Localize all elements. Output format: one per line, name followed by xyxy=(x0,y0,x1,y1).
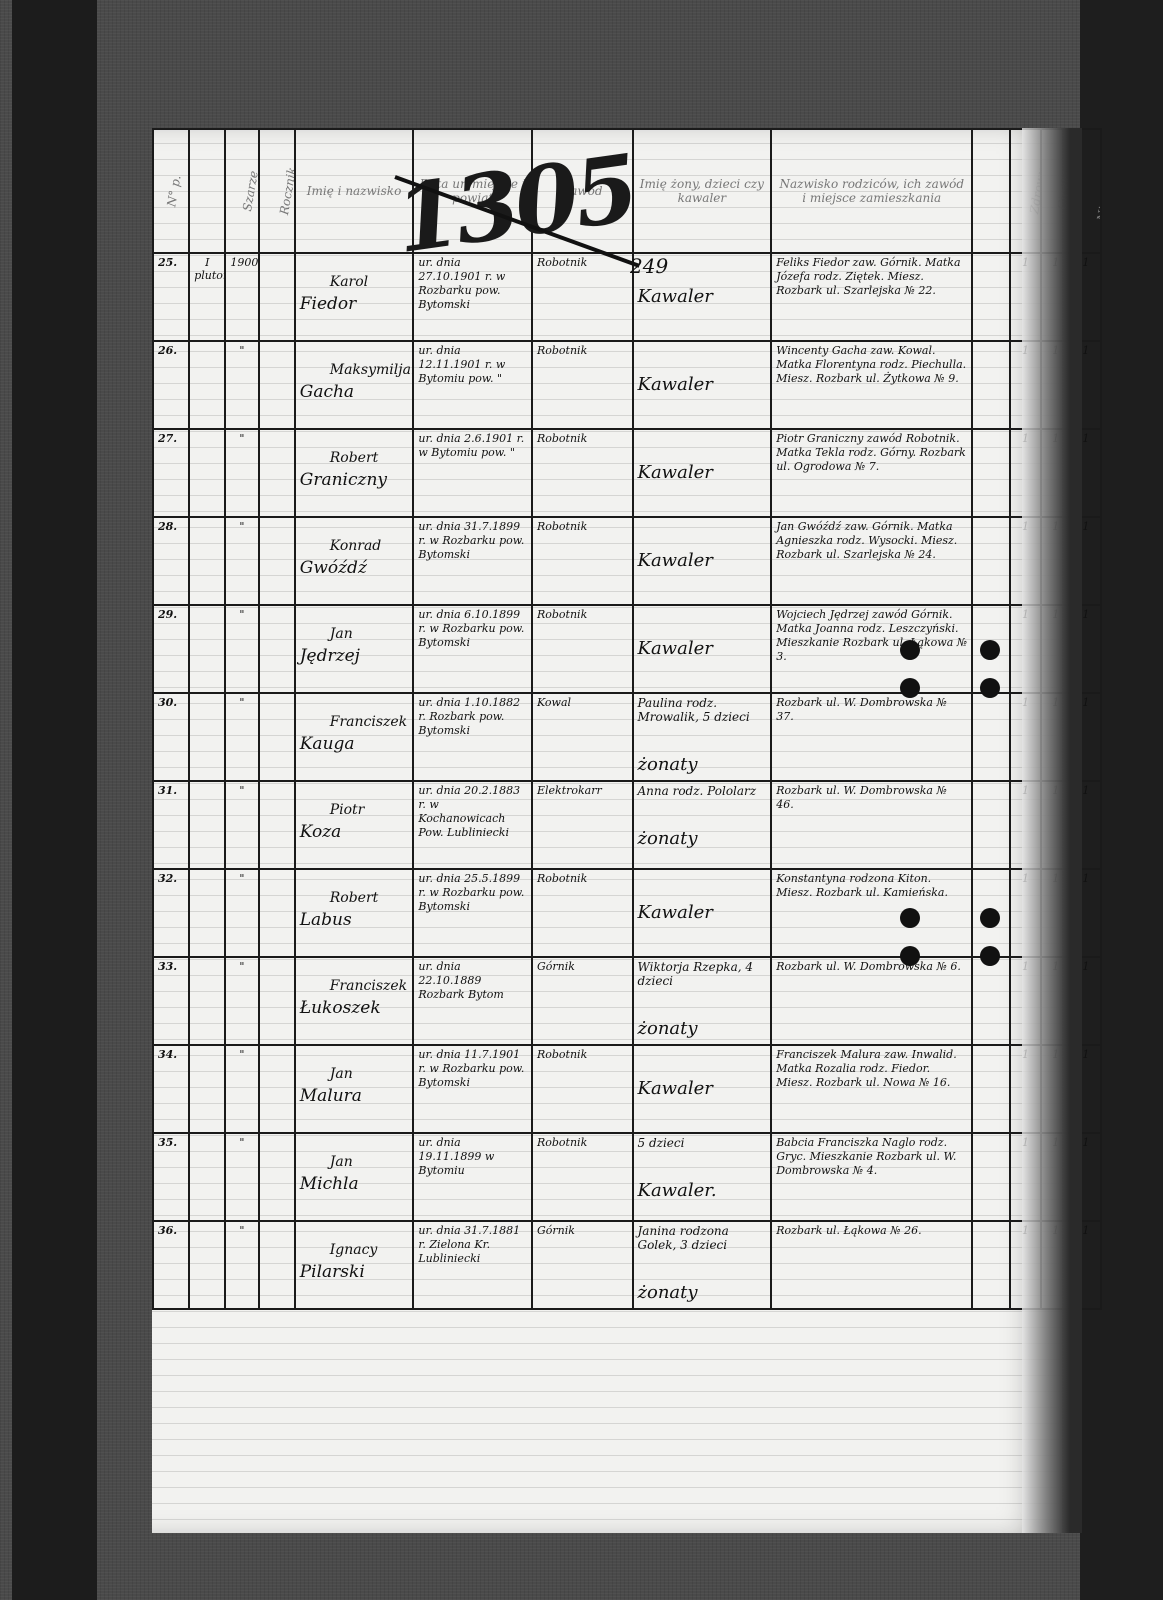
register-row: 35. " Jan Michla ur. dnia 19.11.1899 w B… xyxy=(153,1133,1101,1221)
register-row: 25. I pluton 1900 Karol Fiedor ur. dnia … xyxy=(153,253,1101,341)
birth-cell: ur. dnia 20.2.1883 r. w Kochanowicach Po… xyxy=(413,781,532,869)
unit-cell xyxy=(189,1221,225,1309)
tally-mark: 1 xyxy=(1041,693,1071,781)
register-row: 32. " Robert Labus ur. dnia 25.5.1899 r.… xyxy=(153,869,1101,957)
year-cell: " xyxy=(225,781,258,869)
blank-cell xyxy=(259,1221,295,1309)
given-name: Jan xyxy=(300,1154,409,1170)
entry-number: 25. xyxy=(153,253,189,341)
tally-mark: 1 xyxy=(1071,1221,1101,1309)
birth-cell: ur. dnia 31.7.1899 r. w Rozbarku pow. By… xyxy=(413,517,532,605)
register-row: 31. " Piotr Koza ur. dnia 20.2.1883 r. w… xyxy=(153,781,1101,869)
unit-cell xyxy=(189,517,225,605)
marital-status: Kawaler. xyxy=(638,1180,767,1201)
tally-mark: 1 xyxy=(1041,1133,1071,1221)
parents-residence-cell: Piotr Graniczny zawód Robotnik. Matka Te… xyxy=(771,429,972,517)
tally-mark: 1 xyxy=(1010,341,1040,429)
year-cell: " xyxy=(225,341,258,429)
register-row: 29. " Jan Jędrzej ur. dnia 6.10.1899 r. … xyxy=(153,605,1101,693)
parents-residence-cell: Babcia Franciszka Naglo rodz. Gryc. Mies… xyxy=(771,1133,972,1221)
tally-mark: 1 xyxy=(1041,957,1071,1045)
punch-hole xyxy=(980,678,1000,698)
header-parents: Nazwisko rodziców, ich zawód i miejsce z… xyxy=(771,129,972,253)
name-cell: Franciszek Łukoszek xyxy=(295,957,414,1045)
tally-mark: 1 xyxy=(1071,1133,1101,1221)
name-cell: Franciszek Kauga xyxy=(295,693,414,781)
blank-cell xyxy=(259,1133,295,1221)
blank-cell xyxy=(972,1133,1010,1221)
punch-hole xyxy=(980,640,1000,660)
header-col-b: Szarze xyxy=(225,129,258,253)
entry-number: 26. xyxy=(153,341,189,429)
register-row: 27. " Robert Graniczny ur. dnia 2.6.1901… xyxy=(153,429,1101,517)
tally-mark: 1 xyxy=(1010,1133,1040,1221)
name-cell: Konrad Gwóźdź xyxy=(295,517,414,605)
entry-number: 27. xyxy=(153,429,189,517)
blank-cell xyxy=(259,253,295,341)
blank-cell xyxy=(972,957,1010,1045)
marital-status: Kawaler xyxy=(638,462,767,483)
name-cell: Karol Fiedor xyxy=(295,253,414,341)
surname: Malura xyxy=(300,1086,409,1106)
occupation-cell: Robotnik xyxy=(532,869,633,957)
entry-number: 33. xyxy=(153,957,189,1045)
header-col-a: Przynależność xyxy=(189,129,225,253)
sheet-number: 249 xyxy=(630,254,668,278)
entry-number: 36. xyxy=(153,1221,189,1309)
unit-cell xyxy=(189,957,225,1045)
tally-mark: 1 xyxy=(1010,693,1040,781)
blank-cell xyxy=(972,517,1010,605)
register-page: N° p. Przynależność Szarze Rocznik Imię … xyxy=(152,128,1062,1533)
spouse-children: Paulina rodz. Mrowalik, 5 dzieci xyxy=(638,696,767,724)
birth-cell: ur. dnia 11.7.1901 r. w Rozbarku pow. By… xyxy=(413,1045,532,1133)
given-name: Konrad xyxy=(300,538,409,554)
tally-mark: 1 xyxy=(1041,1221,1071,1309)
birth-cell: ur. dnia 1.10.1882 r. Rozbark pow. Bytom… xyxy=(413,693,532,781)
surname: Michla xyxy=(300,1174,409,1194)
entry-number: 34. xyxy=(153,1045,189,1133)
parents-residence-cell: Wincenty Gacha zaw. Kowal. Matka Florent… xyxy=(771,341,972,429)
marital-status: żonaty xyxy=(638,754,767,775)
register-row: 36. " Ignacy Pilarski ur. dnia 31.7.1881… xyxy=(153,1221,1101,1309)
surname: Pilarski xyxy=(300,1262,409,1282)
name-cell: Robert Graniczny xyxy=(295,429,414,517)
tally-mark: 1 xyxy=(1041,253,1071,341)
register-rows: 25. I pluton 1900 Karol Fiedor ur. dnia … xyxy=(153,253,1101,1309)
tally-mark: 1 xyxy=(1010,605,1040,693)
status-cell: Janina rodzona Golek, 3 dzieci żonaty xyxy=(633,1221,772,1309)
tally-mark: 1 xyxy=(1010,1221,1040,1309)
tally-mark: 1 xyxy=(1071,693,1101,781)
year-cell: " xyxy=(225,429,258,517)
entry-number: 30. xyxy=(153,693,189,781)
blank-cell xyxy=(972,253,1010,341)
occupation-cell: Robotnik xyxy=(532,1045,633,1133)
marital-status: żonaty xyxy=(638,1282,767,1303)
name-cell: Jan Malura xyxy=(295,1045,414,1133)
year-cell: " xyxy=(225,605,258,693)
blank-cell xyxy=(259,429,295,517)
status-cell: 5 dzieci Kawaler. xyxy=(633,1133,772,1221)
birth-cell: ur. dnia 12.11.1901 r. w Bytomiu pow. " xyxy=(413,341,532,429)
spouse-children: Anna rodz. Pololarz xyxy=(638,784,767,798)
header-status: Imię żony, dzieci czy kawaler xyxy=(633,129,772,253)
tally-mark: 1 xyxy=(1041,341,1071,429)
entry-number: 31. xyxy=(153,781,189,869)
status-cell: Wiktorja Rzepka, 4 dzieci żonaty xyxy=(633,957,772,1045)
unit-cell xyxy=(189,781,225,869)
surname: Kauga xyxy=(300,734,409,754)
unit-cell xyxy=(189,869,225,957)
surname: Gacha xyxy=(300,382,409,402)
birth-cell: ur. dnia 22.10.1889 Rozbark Bytom xyxy=(413,957,532,1045)
header-nr: N° p. xyxy=(153,129,189,253)
surname: Labus xyxy=(300,910,409,930)
tally-mark: 1 xyxy=(1010,253,1040,341)
blank-cell xyxy=(972,1045,1010,1133)
tally-mark: 1 xyxy=(1071,341,1101,429)
header-t3: Niezdolny xyxy=(1071,129,1101,253)
parents-residence-cell: Rozbark ul. W. Dombrowska № 37. xyxy=(771,693,972,781)
header-t1: Zdrowy xyxy=(1010,129,1040,253)
header-t2: Ciężki xyxy=(1041,129,1071,253)
blank-cell xyxy=(259,341,295,429)
tally-mark: 1 xyxy=(1010,429,1040,517)
occupation-cell: Robotnik xyxy=(532,253,633,341)
year-cell: " xyxy=(225,1133,258,1221)
register-table: N° p. Przynależność Szarze Rocznik Imię … xyxy=(152,128,1102,1310)
register-row: 28. " Konrad Gwóźdź ur. dnia 31.7.1899 r… xyxy=(153,517,1101,605)
tally-mark: 1 xyxy=(1071,429,1101,517)
tally-mark: 1 xyxy=(1010,517,1040,605)
year-cell: " xyxy=(225,1045,258,1133)
tally-mark: 1 xyxy=(1041,429,1071,517)
tally-mark: 1 xyxy=(1071,517,1101,605)
marital-status: żonaty xyxy=(638,1018,767,1039)
entry-number: 29. xyxy=(153,605,189,693)
birth-cell: ur. dnia 31.7.1881 r. Zielona Kr. Lublin… xyxy=(413,1221,532,1309)
status-cell: Kawaler xyxy=(633,1045,772,1133)
entry-number: 28. xyxy=(153,517,189,605)
register-row: 26. " Maksymiljan Gacha ur. dnia 12.11.1… xyxy=(153,341,1101,429)
tally-mark: 1 xyxy=(1071,957,1101,1045)
status-cell: Kawaler xyxy=(633,429,772,517)
parents-residence-cell: Jan Gwóźdź zaw. Górnik. Matka Agnieszka … xyxy=(771,517,972,605)
given-name: Karol xyxy=(300,274,409,290)
scan-margin-left xyxy=(12,0,97,1600)
blank-cell xyxy=(259,693,295,781)
surname: Gwóźdź xyxy=(300,558,409,578)
blank-cell xyxy=(259,781,295,869)
name-cell: Jan Jędrzej xyxy=(295,605,414,693)
tally-mark: 1 xyxy=(1010,957,1040,1045)
status-cell: Anna rodz. Pololarz żonaty xyxy=(633,781,772,869)
given-name: Franciszek xyxy=(300,978,409,994)
year-cell: " xyxy=(225,957,258,1045)
unit-cell: I pluton xyxy=(189,253,225,341)
parents-residence-cell: Rozbark ul. W. Dombrowska № 46. xyxy=(771,781,972,869)
punch-hole xyxy=(900,640,920,660)
blank-cell xyxy=(972,781,1010,869)
occupation-cell: Elektrokarr xyxy=(532,781,633,869)
tally-mark: 1 xyxy=(1041,1045,1071,1133)
occupation-cell: Górnik xyxy=(532,1221,633,1309)
parents-residence-cell: Rozbark ul. Łąkowa № 26. xyxy=(771,1221,972,1309)
tally-mark: 1 xyxy=(1071,605,1101,693)
register-row: 34. " Jan Malura ur. dnia 11.7.1901 r. w… xyxy=(153,1045,1101,1133)
parents-residence-cell: Rozbark ul. W. Dombrowska № 6. xyxy=(771,957,972,1045)
name-cell: Piotr Koza xyxy=(295,781,414,869)
birth-cell: ur. dnia 2.6.1901 r. w Bytomiu pow. " xyxy=(413,429,532,517)
unit-cell xyxy=(189,605,225,693)
given-name: Jan xyxy=(300,1066,409,1082)
status-cell: Kawaler xyxy=(633,605,772,693)
entry-number: 32. xyxy=(153,869,189,957)
occupation-cell: Robotnik xyxy=(532,517,633,605)
birth-cell: ur. dnia 19.11.1899 w Bytomiu xyxy=(413,1133,532,1221)
blank-cell xyxy=(972,341,1010,429)
parents-residence-cell: Feliks Fiedor zaw. Górnik. Matka Józefa … xyxy=(771,253,972,341)
given-name: Ignacy xyxy=(300,1242,409,1258)
occupation-cell: Robotnik xyxy=(532,605,633,693)
register-row: 30. " Franciszek Kauga ur. dnia 1.10.188… xyxy=(153,693,1101,781)
punch-hole xyxy=(980,946,1000,966)
header-col-c: Rocznik xyxy=(259,129,295,253)
blank-cell xyxy=(259,1045,295,1133)
status-cell: Kawaler xyxy=(633,869,772,957)
tally-mark: 1 xyxy=(1071,869,1101,957)
tally-mark: 1 xyxy=(1010,1045,1040,1133)
tally-mark: 1 xyxy=(1041,605,1071,693)
year-cell: 1900 xyxy=(225,253,258,341)
marital-status: Kawaler xyxy=(638,902,767,923)
name-cell: Jan Michla xyxy=(295,1133,414,1221)
entry-number: 35. xyxy=(153,1133,189,1221)
occupation-cell: Górnik xyxy=(532,957,633,1045)
given-name: Robert xyxy=(300,890,409,906)
punch-hole xyxy=(900,908,920,928)
blank-cell xyxy=(259,957,295,1045)
tally-mark: 1 xyxy=(1071,1045,1101,1133)
unit-cell xyxy=(189,1133,225,1221)
given-name: Maksymiljan xyxy=(300,362,409,378)
parents-residence-cell: Konstantyna rodzona Kiton. Miesz. Rozbar… xyxy=(771,869,972,957)
unit-cell xyxy=(189,341,225,429)
unit-cell xyxy=(189,693,225,781)
marital-status: Kawaler xyxy=(638,374,767,395)
given-name: Robert xyxy=(300,450,409,466)
blank-cell xyxy=(259,869,295,957)
tally-mark: 1 xyxy=(1071,781,1101,869)
blank-cell xyxy=(972,1221,1010,1309)
parents-residence-cell: Wojciech Jędrzej zawód Górnik. Matka Joa… xyxy=(771,605,972,693)
blank-cell xyxy=(259,517,295,605)
name-cell: Maksymiljan Gacha xyxy=(295,341,414,429)
marital-status: Kawaler xyxy=(638,1078,767,1099)
marital-status: Kawaler xyxy=(638,638,767,659)
status-cell: Kawaler xyxy=(633,341,772,429)
blank-cell xyxy=(259,605,295,693)
punch-hole xyxy=(900,946,920,966)
spouse-children: 5 dzieci xyxy=(638,1136,767,1150)
given-name: Franciszek xyxy=(300,714,409,730)
surname: Graniczny xyxy=(300,470,409,490)
marital-status: żonaty xyxy=(638,828,767,849)
surname: Łukoszek xyxy=(300,998,409,1018)
tally-mark: 1 xyxy=(1010,781,1040,869)
given-name: Piotr xyxy=(300,802,409,818)
birth-cell: ur. dnia 6.10.1899 r. w Rozbarku pow. By… xyxy=(413,605,532,693)
marital-status: Kawaler xyxy=(638,286,767,307)
register-row: 33. " Franciszek Łukoszek ur. dnia 22.10… xyxy=(153,957,1101,1045)
birth-cell: ur. dnia 25.5.1899 r. w Rozbarku pow. By… xyxy=(413,869,532,957)
marital-status: Kawaler xyxy=(638,550,767,571)
given-name: Jan xyxy=(300,626,409,642)
spouse-children: Janina rodzona Golek, 3 dzieci xyxy=(638,1224,767,1252)
surname: Fiedor xyxy=(300,294,409,314)
year-cell: " xyxy=(225,1221,258,1309)
year-cell: " xyxy=(225,517,258,605)
spouse-children: Wiktorja Rzepka, 4 dzieci xyxy=(638,960,767,988)
tally-mark: 1 xyxy=(1010,869,1040,957)
blank-cell xyxy=(972,693,1010,781)
tally-mark: 1 xyxy=(1041,517,1071,605)
header-blank xyxy=(972,129,1010,253)
year-cell: " xyxy=(225,693,258,781)
occupation-cell: Robotnik xyxy=(532,429,633,517)
occupation-cell: Robotnik xyxy=(532,341,633,429)
occupation-cell: Kowal xyxy=(532,693,633,781)
unit-cell xyxy=(189,429,225,517)
year-cell: " xyxy=(225,869,258,957)
status-cell: Paulina rodz. Mrowalik, 5 dzieci żonaty xyxy=(633,693,772,781)
parents-residence-cell: Franciszek Malura zaw. Inwalid. Matka Ro… xyxy=(771,1045,972,1133)
tally-mark: 1 xyxy=(1041,869,1071,957)
punch-hole xyxy=(980,908,1000,928)
name-cell: Robert Labus xyxy=(295,869,414,957)
blank-cell xyxy=(972,429,1010,517)
unit-cell xyxy=(189,1045,225,1133)
name-cell: Ignacy Pilarski xyxy=(295,1221,414,1309)
tally-mark: 1 xyxy=(1041,781,1071,869)
punch-hole xyxy=(900,678,920,698)
occupation-cell: Robotnik xyxy=(532,1133,633,1221)
surname: Jędrzej xyxy=(300,646,409,666)
tally-mark: 1 xyxy=(1071,253,1101,341)
surname: Koza xyxy=(300,822,409,842)
status-cell: Kawaler xyxy=(633,517,772,605)
